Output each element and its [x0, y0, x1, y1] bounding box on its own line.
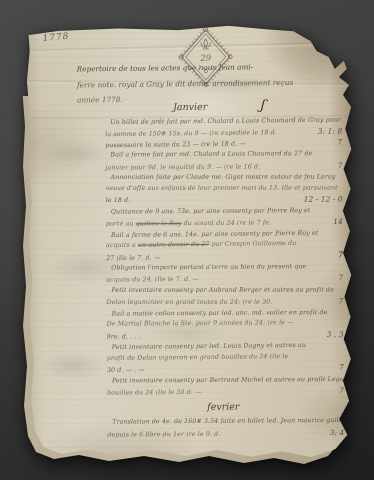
register-entry: Petit inventaire consenty par Bertrand M…	[107, 376, 346, 398]
entry-text: acquits du 24. (lle le 7. d. —	[106, 276, 199, 284]
entry-line: Annonciation faite par Claude me. Gigot …	[106, 174, 345, 185]
register-entry: Un billet de prêt fait par md. Chalard a…	[105, 117, 344, 150]
section-heading: Janvierʃ	[173, 101, 344, 115]
section-heading-label: Janvier	[173, 102, 207, 113]
entry-text: possessoire la suite du 23 — (re le 18 d…	[105, 140, 245, 149]
register-entry: Petit inventaire consenty par Aubrand Be…	[106, 286, 345, 308]
amount-value: 7	[337, 137, 344, 146]
manuscript-page: 1778 29 Rep	[20, 19, 359, 461]
amount-value: 3: 1: 8	[318, 127, 345, 136]
handwritten-year: 1778	[42, 32, 70, 44]
entry-line: porté au quittée le Roy du vivant du 24 …	[106, 217, 345, 229]
entry-text: profit de Delon vigneron en grand bouill…	[107, 353, 289, 362]
entry-text: veuve d'offe aux enfants de leur premier…	[106, 184, 338, 191]
entry-line: le 18 d.12 - 12 - 0	[106, 195, 345, 206]
entry-text: Delon leguminier en grand toutes du 24: …	[106, 299, 272, 306]
entry-text: Petit inventaire consenty par led. Louis…	[107, 342, 306, 351]
entry-text-fragment: par Crespin Guillaume du	[209, 240, 296, 248]
entry-line: possessoire la suite du 23 — (re le 18 d…	[105, 137, 344, 150]
binding-stitch	[24, 61, 29, 74]
register-entry: Bail a moitié collon consenty par led. a…	[106, 309, 345, 342]
entry-line: veuve d'offe aux enfants de leur premier…	[106, 184, 345, 195]
register-entry: Quittance de 9 ans. 73e. par aine consen…	[106, 207, 345, 229]
entry-text: le 18 d.	[106, 197, 131, 204]
register-entry: Obligation l'importe portant a'terre au …	[106, 263, 345, 285]
section-heading: fevrier	[207, 401, 346, 415]
entry-line: Delon leguminier en grand toutes du 24: …	[106, 297, 345, 308]
entry-text: bouilles du 24 (lle le 30 d. —	[107, 389, 201, 397]
amount-value: 12 - 12 - 0	[304, 195, 345, 204]
entry-line: acquits du 24. (lle le 7. d. —7	[106, 273, 345, 285]
sections: JanvierʃUn billet de prêt fait par md. C…	[105, 101, 346, 442]
register-entry: Bail a ferme fait par md. Chalard a Loui…	[105, 150, 344, 172]
struck-text: quittée le Roy	[136, 220, 182, 227]
entry-line: depuis le 6 8bre du 1er (re le 9. d.3; 4	[107, 428, 346, 440]
amount-value: 3; 4	[330, 428, 347, 437]
entry-text: la somme de 150# 15s. du 9 — (re expedié…	[105, 130, 277, 139]
entry-line: 9re. d. . . .3 . 3	[107, 330, 346, 342]
entry-text: acquits a un autre devoir du 27 par Cres…	[106, 240, 296, 249]
register-entry: Petit inventaire consenty par led. Louis…	[107, 342, 346, 375]
struck-text: un autre devoir du 27	[138, 241, 210, 249]
entry-line: 27 (lle le 7. d. —7	[106, 250, 345, 263]
amount-value: 14	[333, 217, 345, 226]
register-entry: Bail a ferme de 6 ans, 14e. par aine con…	[106, 230, 345, 263]
register-entry: Translation de 4e. de 160# 3.54 faite en…	[107, 417, 346, 439]
entry-text: 27 (lle le 7. d. —	[106, 255, 160, 263]
entry-line: janvier pour 9d. le requitté du 9. — (re…	[105, 161, 344, 173]
entry-text-fragment: du vivant du 24 (re le 7 fe.	[182, 220, 272, 228]
photo-of-manuscript: 1778 29 Rep	[0, 0, 374, 480]
bleedthrough-smudge	[41, 141, 111, 167]
amount-value: 7	[339, 297, 346, 306]
entry-text: Annonciation faite par Claude me. Gigot …	[106, 174, 336, 181]
entry-text: Bail a moitié collon consenty par led. a…	[106, 309, 327, 318]
entry-text: porté au quittée le Roy du vivant du 24 …	[106, 220, 271, 228]
entry-text: Translation de 4e. de 160# 3.54 faite en…	[107, 417, 361, 426]
entry-text: Un billet de prêt fait par md. Chalard a…	[105, 116, 341, 126]
entry-text: depuis le 6 8bre du 1er (re le 9. d.	[107, 431, 220, 439]
entry-text: 9re. d. . . .	[107, 333, 141, 340]
paper-wrap: 1778 29 Rep	[0, 0, 374, 480]
entry-text: Bail a ferme de 6 ans, 14e. par aine con…	[106, 229, 319, 238]
amount-value: 3 . 3	[327, 330, 346, 339]
bleedthrough-smudge	[41, 351, 107, 381]
register-entry: Annonciation faite par Claude me. Gigot …	[106, 173, 345, 206]
entry-text: De Martial Blanche la Ste. pour 9 années…	[107, 320, 294, 328]
entry-text-fragment: porté au	[106, 220, 136, 227]
entry-line: 30 d. — . —7	[107, 362, 346, 375]
entry-text: Petit inventaire consenty par Aubrand Be…	[106, 287, 334, 294]
binding-stitch	[23, 33, 29, 43]
entry-text: Petit inventaire consenty par Bertrand M…	[107, 375, 366, 384]
entry-text: Bail a ferme fait par md. Chalard a Loui…	[105, 151, 312, 159]
amount-value: 7	[338, 161, 345, 170]
entry-text: 30 d. — . —	[107, 367, 145, 374]
entry-text-fragment: acquits a	[106, 242, 138, 249]
amount-value: 7	[339, 362, 346, 371]
entry-text: Quittance de 9 ans. 73e. par aine consen…	[106, 207, 311, 215]
entry-text: Obligation l'importe portant a'terre au …	[106, 263, 306, 271]
section-heading-label: fevrier	[207, 402, 239, 413]
entry-line: bouilles du 24 (lle le 30 d. —7	[107, 386, 346, 398]
entry-text: janvier pour 9d. le requitté du 9. — (re…	[105, 163, 260, 171]
amount-value: 7	[338, 273, 345, 282]
